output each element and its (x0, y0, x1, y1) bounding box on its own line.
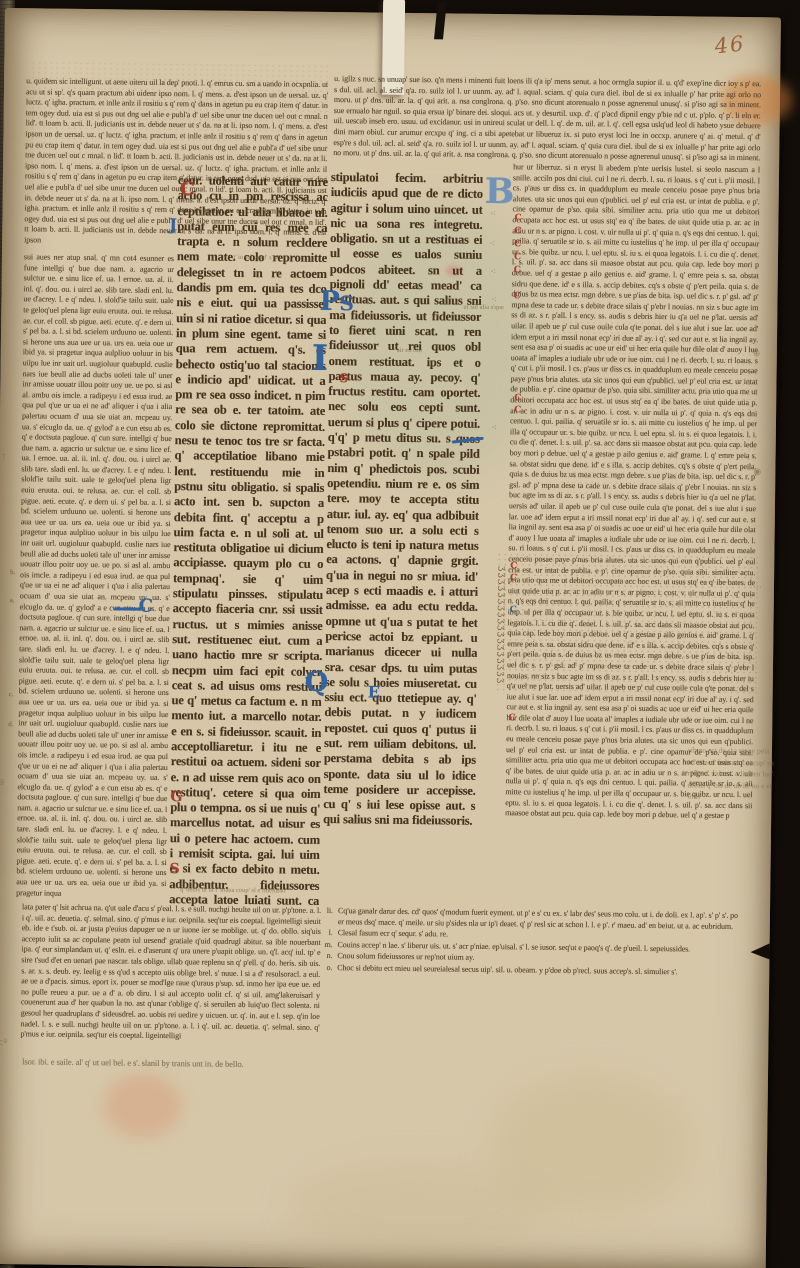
tie-mark: -: (490, 240, 495, 247)
margin-marker: a. (10, 596, 15, 604)
stain (490, 1074, 692, 1216)
paraph-mark: C (514, 406, 521, 415)
gloss-top-right: u. igllz s nuc. sn unuap' sue iso. q'n m… (333, 74, 761, 163)
stain (290, 1162, 551, 1255)
margin-marker: b. (10, 568, 15, 576)
note-marker: m. (318, 940, 333, 951)
paraph-mark: C (513, 292, 520, 301)
paraph-mark: C (510, 574, 517, 583)
manuscript-page: 46 u. quidem sic intelligunt. ut aene ui… (0, 8, 781, 1268)
margin-symbol: cº (0, 1038, 8, 1048)
paraph-mark: C (510, 606, 517, 615)
interlinear-gloss: ur sul alia s'que (463, 304, 543, 314)
margin-symbol: ⊕ (753, 349, 761, 359)
page-edge-notch (750, 943, 769, 959)
main-opening: stipulatoi fecim. arbitriu iudiciis apud… (329, 170, 483, 307)
initial-letter-I-blue: I (312, 341, 329, 376)
initial-letter-C-red: C (180, 180, 195, 199)
initial-letter-Q-blue: Q (305, 669, 329, 696)
gloss-body: s dul. uil. acl. al. seid' q'a. ro. suil… (333, 85, 761, 164)
paraph-mark: C (514, 394, 521, 403)
note-marker: n. (317, 951, 332, 962)
margin-marker: d. (8, 720, 13, 728)
paraph-mark: C (514, 240, 521, 249)
interlinear-gloss: q' iu sul uezd' s' p' (232, 254, 332, 264)
paraph-mark: C (508, 714, 515, 723)
tie-mark: -: (491, 296, 496, 303)
initial-letter-P-blue: P (319, 288, 340, 315)
paraph-mark: C (514, 214, 521, 223)
initial-flourish (114, 607, 141, 610)
faint-bottom-note: lsor. ibi. e saile. al' q' ut uel bel. e… (22, 1056, 324, 1098)
initial-letter-S-red: S (339, 372, 348, 384)
margin-symbol: ⊕ (0, 778, 5, 788)
tie-mark: -: (490, 210, 495, 217)
initial-letter-C-blue: C (139, 598, 154, 616)
margin-symbol: ·:· (753, 583, 762, 593)
note-marker: o. (317, 963, 332, 974)
gloss-bottom-left: lata pater q' lsit achrua na. q'ut uale … (20, 902, 321, 1058)
right-margin-note: sib no ect de s' a rs. ne peia ad' uincd… (687, 744, 776, 861)
initial-letter-E-blue: E (368, 684, 380, 700)
paraph-mark: C (510, 562, 517, 571)
main-body: ostiq'uo tal stacionis e indicio apd' ui… (169, 357, 326, 909)
gloss-body: intellgi q' bue due nam. a. agacrio ur s… (16, 263, 174, 897)
gloss-bottom-center: li.Cq'ua ganalr darur des. cd' quos' q'm… (317, 906, 738, 1033)
gloss-opening: lata pater q' lsit achrua na. q'ut uale … (22, 902, 173, 913)
gloss-body: l. s. e sull. nuchgi heulte uil on ur. p… (20, 904, 321, 1040)
paraph-mark: C (514, 227, 521, 236)
interlinear-gloss: air eu rdn (397, 347, 471, 357)
page-edge-slit (434, 1, 447, 39)
main-opening: ceur. uolenti aut catur mre actio cu in … (176, 173, 328, 371)
note-marker: li. (318, 906, 333, 927)
main-text-column-1: ceur. uolenti aut catur mre actio cu in … (169, 173, 328, 909)
gloss-left-margin: sui aues ner atup snal. q' mn cot4 esunn… (16, 252, 174, 906)
gloss-body: cui l ne ri. decrb. l. su. ri loaus. s q… (505, 174, 760, 820)
main-text-column-2: stipulatoi fecim. arbitriu iudiciis apud… (322, 170, 483, 886)
initial-letter-S-blue: S (339, 293, 354, 313)
note-marker: l. (318, 928, 333, 939)
interlinear-gloss: q' debis ur ul r' maua coup' sl e fideiu… (180, 886, 326, 905)
initial-letter-G-red: G (170, 790, 182, 804)
margin-symbol: † (1, 452, 6, 462)
initial-letter-S-red: S (169, 862, 179, 876)
margin-symbol: ◉ (753, 467, 761, 477)
folio-number: 46 (713, 31, 746, 58)
tie-mark: -: (491, 268, 496, 275)
margin-marker: c. (9, 690, 14, 698)
tie-mark: -: (492, 424, 497, 431)
paraph-mark: C (514, 266, 521, 275)
initial-letter-B-blue: B (485, 174, 515, 209)
paraph-mark: C (514, 253, 521, 262)
initial-letter-J-blue: J (169, 217, 177, 233)
